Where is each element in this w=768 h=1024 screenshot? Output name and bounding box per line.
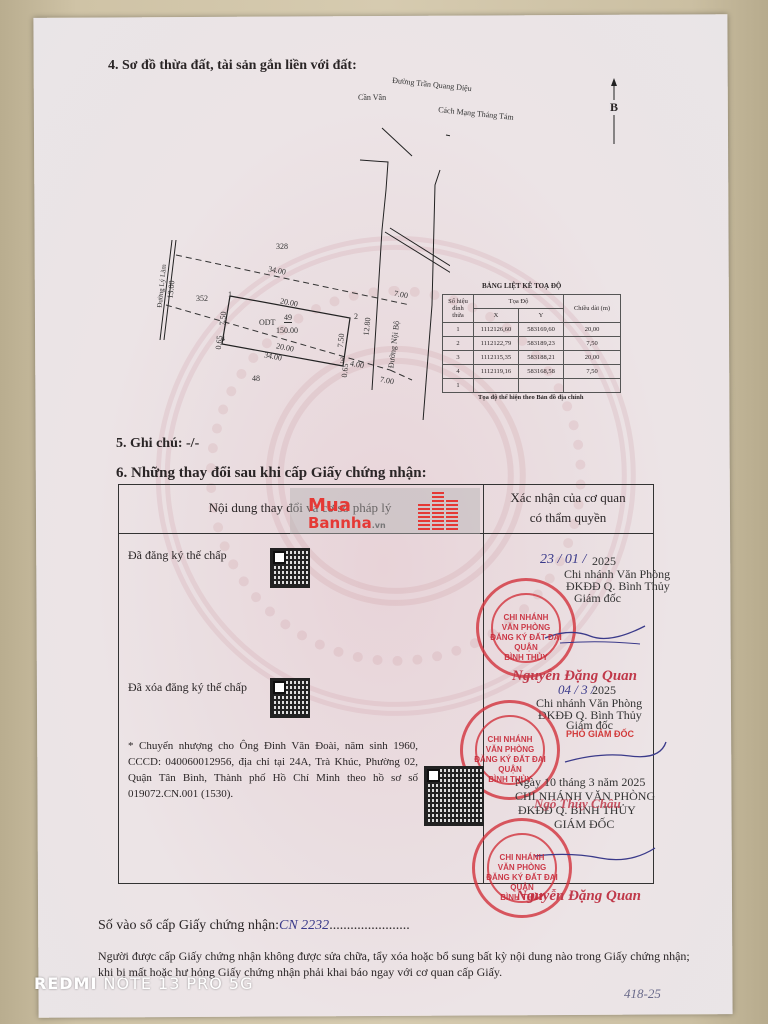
stamp-text-line: CHI NHÁNH	[463, 735, 557, 745]
coord-cell-x	[474, 379, 519, 393]
entry-1-qr-code	[270, 548, 310, 588]
coord-table-row: 41112119,16583168,587,50	[443, 365, 621, 379]
coord-header-length: Chiều dài (m)	[564, 295, 621, 323]
coord-header-coords: Tọa Độ	[474, 295, 564, 309]
coord-cell-length: 20,00	[564, 323, 621, 337]
land-plot-diagram	[150, 100, 450, 420]
camera-brand: REDMI	[34, 974, 97, 993]
watermark-building-icon	[432, 490, 444, 530]
coord-cell-x: 1112119,16	[474, 365, 519, 379]
coord-cell-x: 1112115,35	[474, 351, 519, 365]
dim-left-edge: 7.50	[218, 311, 228, 326]
plot-number: 49	[284, 313, 292, 323]
coord-cell-y: 583169,60	[519, 323, 564, 337]
entry-2-signer: Ngô Thúy Châu	[534, 796, 621, 812]
vertex-3: 3	[340, 356, 344, 365]
coord-cell-vertex: 4	[443, 365, 474, 379]
registry-number-line: Số vào sổ cấp Giấy chứng nhận:CN 2232...…	[98, 918, 410, 934]
coord-header-x: X	[474, 309, 519, 323]
watermark-brand-top: Mua	[308, 497, 351, 515]
camera-model: NOTE 13 PRO 5G	[104, 974, 254, 993]
stamp-text-line: QUẬN	[463, 765, 557, 775]
coord-header-vertex: Số hiệu đỉnh thửa	[443, 295, 474, 323]
road-label-top-left: Cần Vân	[358, 93, 386, 102]
vertex-4: 4	[221, 334, 225, 343]
stamp-text-line: ĐĂNG KÝ ĐẤT ĐAI	[479, 633, 573, 643]
official-stamp-1: CHI NHÁNHVĂN PHÒNGĐĂNG KÝ ĐẤT ĐAIQUẬNBÌN…	[476, 578, 576, 678]
stamp-text-line: VĂN PHÒNG	[463, 745, 557, 755]
entry-2-content: Đã xóa đăng ký thế chấp	[128, 680, 247, 695]
registry-dots: .......................	[329, 918, 410, 933]
dim-right-edge: 7.50	[336, 333, 346, 348]
coord-cell-length: 7,50	[564, 337, 621, 351]
coord-cell-x: 1112122,79	[474, 337, 519, 351]
stamp-text-line: VĂN PHÒNG	[475, 863, 569, 873]
stamp-text-line: BÌNH THỦY	[479, 653, 573, 663]
section-4-title: 4. Sơ đồ thừa đất, tài sản gắn liền với …	[108, 58, 357, 74]
plot-land-type: ODT	[259, 318, 275, 327]
coord-cell-y: 583189,23	[519, 337, 564, 351]
changes-header-confirm-1: Xác nhận của cơ quan	[482, 490, 654, 506]
entry-3-role: GIÁM ĐỐC	[554, 818, 614, 831]
watermark-brand-name: Bannha	[308, 514, 372, 532]
entry-2-stamp-role: PHÓ GIÁM ĐỐC	[566, 729, 634, 739]
parcel-south: 48	[252, 374, 260, 383]
stamp-text-line: CHI NHÁNH	[479, 613, 573, 623]
section-6-title: 6. Những thay đổi sau khi cấp Giấy chứng…	[116, 465, 427, 482]
coord-table-footnote: Tọa độ thể hiện theo Bản đồ địa chính	[478, 394, 583, 401]
changes-header-confirm-2: có thẩm quyền	[482, 510, 654, 526]
section-5-title: 5. Ghi chú: -/-	[116, 436, 199, 452]
watermark-building-icon	[446, 498, 458, 530]
coord-cell-length: 7,50	[564, 365, 621, 379]
coord-cell-y	[519, 379, 564, 393]
stamp-text-line: ĐĂNG KÝ ĐẤT ĐAI	[463, 755, 557, 765]
coord-cell-y: 583188,21	[519, 351, 564, 365]
entry-1-content: Đã đăng ký thế chấp	[128, 548, 227, 563]
dim-road-width: 12.80	[362, 317, 373, 336]
coord-cell-x: 1112126,60	[474, 323, 519, 337]
vertex-1: 1	[228, 290, 232, 299]
coord-header-y: Y	[519, 309, 564, 323]
entry-1-role: Giám đốc	[574, 592, 621, 605]
stamp-text-line: BÌNH THỦY	[463, 775, 557, 785]
registry-value: CN 2232	[279, 918, 329, 933]
camera-watermark: REDMI NOTE 13 PRO 5G	[34, 974, 254, 993]
coord-table: Số hiệu đỉnh thửa Tọa Độ Chiều dài (m) X…	[442, 294, 621, 393]
coord-cell-length	[564, 379, 621, 393]
coord-table-row: 21112122,79583189,237,50	[443, 337, 621, 351]
entry-3-content: * Chuyển nhượng cho Ông Đinh Văn Đoài, n…	[128, 738, 418, 802]
coord-cell-length: 20,00	[564, 351, 621, 365]
stamp-text-line: BÌNH THỦY	[475, 893, 569, 903]
watermark-brand-bottom: Bannha.vn	[308, 515, 386, 534]
coord-cell-vertex: 1	[443, 379, 474, 393]
coord-cell-vertex: 3	[443, 351, 474, 365]
registry-label: Số vào sổ cấp Giấy chứng nhận:	[98, 918, 279, 933]
coord-table-row: 1	[443, 379, 621, 393]
entry-2-qr-code	[270, 678, 310, 718]
stamp-text-line: CHI NHÁNH	[475, 853, 569, 863]
corner-handwritten-note: 418-25	[624, 986, 661, 1002]
watermark-building-icon	[418, 502, 430, 530]
parcel-north: 328	[276, 242, 288, 251]
coord-cell-y: 583168,58	[519, 365, 564, 379]
parcel-west: 352	[196, 294, 208, 303]
signature-2	[560, 740, 670, 770]
dim-left-road: 13.00	[166, 280, 177, 299]
coord-table-row: 11112126,60583169,6020,00	[443, 323, 621, 337]
stamp-text-line: ĐĂNG KÝ ĐẤT ĐAI	[475, 873, 569, 883]
coord-cell-vertex: 2	[443, 337, 474, 351]
north-label: B	[609, 100, 619, 115]
plot-area: 150.00	[276, 326, 298, 335]
entry-1-date-hand: 23 / 01 /	[540, 552, 586, 568]
coord-cell-vertex: 1	[443, 323, 474, 337]
watermark-suffix: .vn	[372, 521, 386, 530]
stamp-text-line: QUẬN	[475, 883, 569, 893]
coord-table-row: 31112115,35583188,2120,00	[443, 351, 621, 365]
stamp-text-line: VĂN PHÒNG	[479, 623, 573, 633]
vertex-2: 2	[354, 312, 358, 321]
stamp-text-line: QUẬN	[479, 643, 573, 653]
coord-table-title: BẢNG LIỆT KÊ TOẠ ĐỘ	[482, 282, 561, 290]
